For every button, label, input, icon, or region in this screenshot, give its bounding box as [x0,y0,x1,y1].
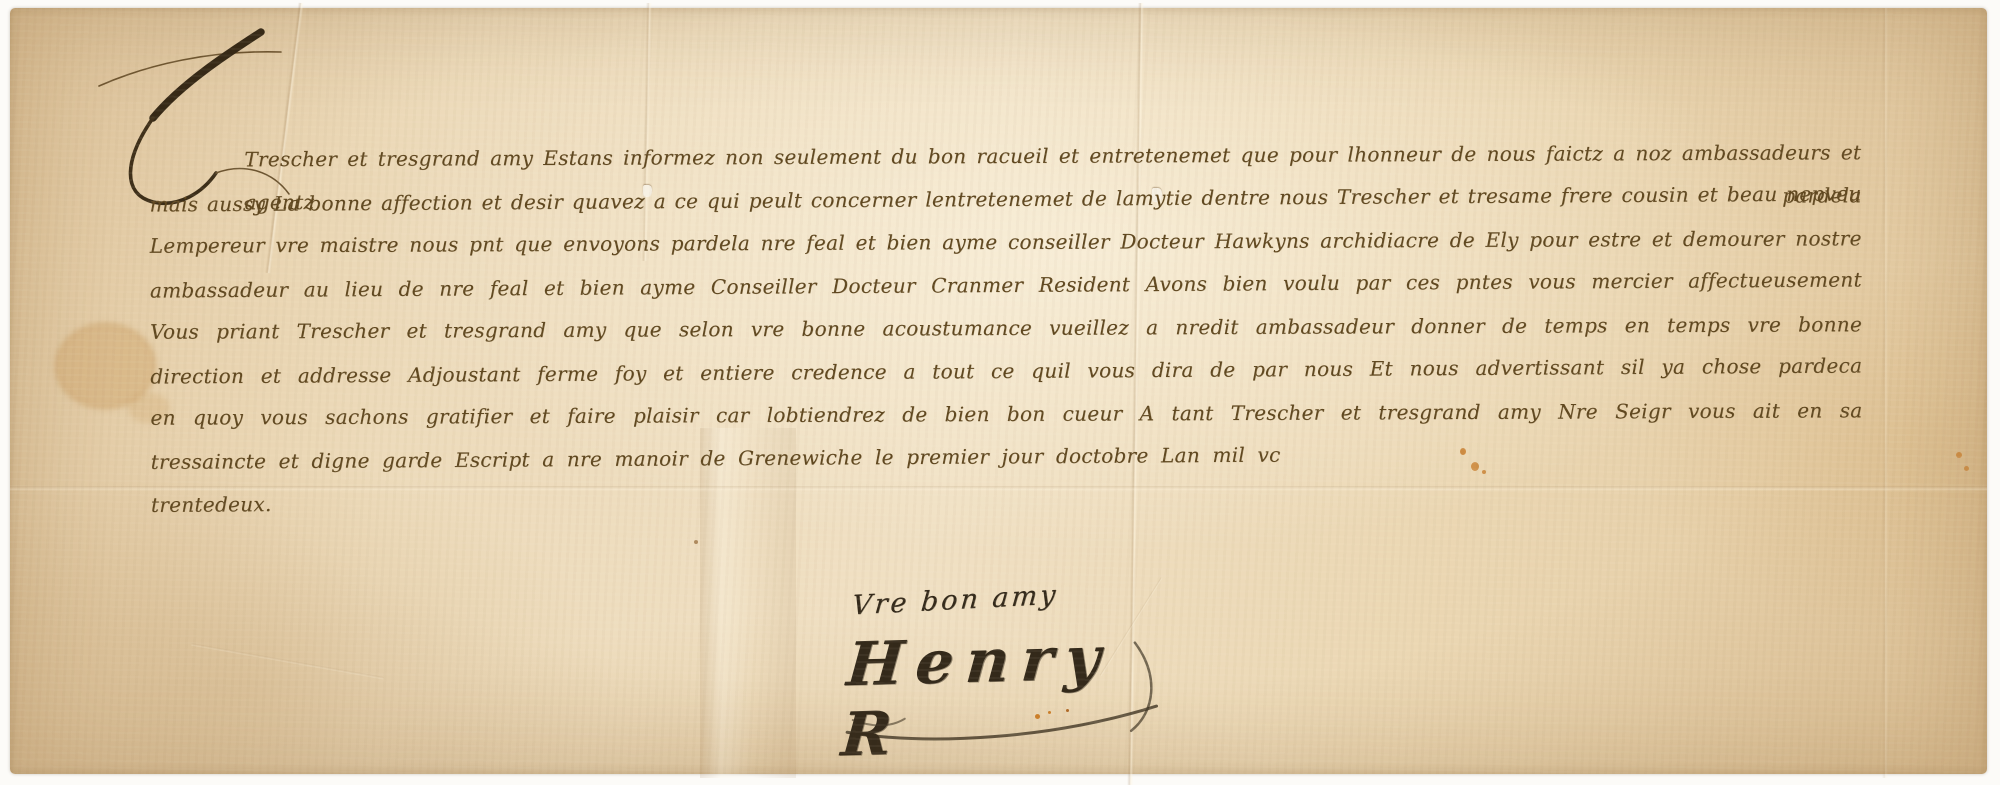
edge-vignette [10,8,1987,774]
parchment-sheet: Trescher et tresgrand amy Estans informe… [10,8,1987,774]
letter-photo: Trescher et tresgrand amy Estans informe… [0,0,2000,785]
